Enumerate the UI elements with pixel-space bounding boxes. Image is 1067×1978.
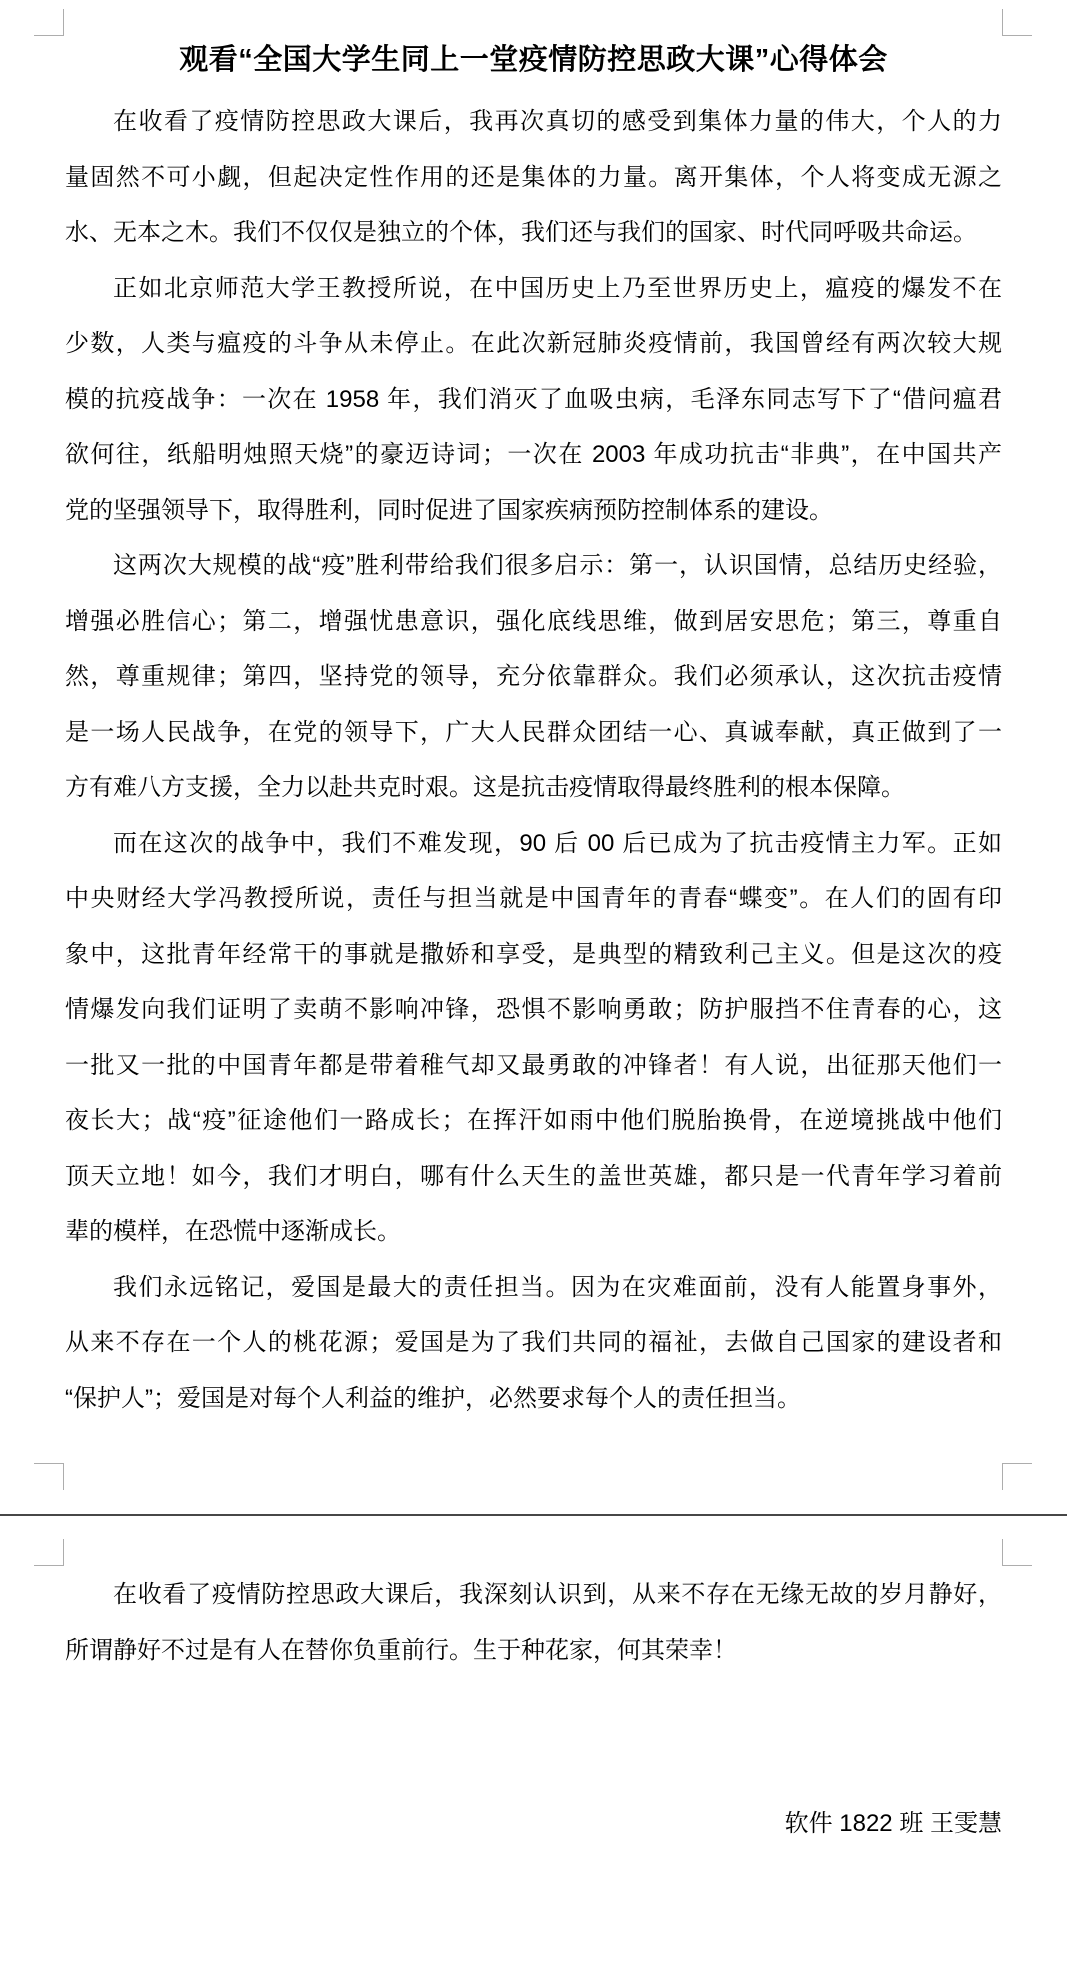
text-line: 增强必胜信心；第二，增强忧患意识，强化底线思维，做到居安思危；第三，尊重自 xyxy=(65,594,1002,650)
text-line: “保护人”；爱国是对每个人利益的维护，必然要求每个人的责任担当。 xyxy=(65,1371,1002,1427)
text-line: 量固然不可小觑，但起决定性作用的还是集体的力量。离开集体，个人将变成无源之 xyxy=(65,150,1002,206)
text-line: 所谓静好不过是有人在替你负重前行。生于种花家，何其荣幸！ xyxy=(65,1623,1002,1679)
text-line: 一批又一批的中国青年都是带着稚气却又最勇敢的冲锋者！有人说，出征那天他们一 xyxy=(65,1038,1002,1094)
text-line: 情爆发向我们证明了卖萌不影响冲锋，恐惧不影响勇敢；防护服挡不住青春的心，这 xyxy=(65,982,1002,1038)
text-line: 夜长大；战“疫”征途他们一路成长；在挥汗如雨中他们脱胎换骨，在逆境挑战中他们 xyxy=(65,1093,1002,1149)
page-break-line xyxy=(0,1514,1067,1516)
text-line: 是一场人民战争，在党的领导下，广大人民群众团结一心、真诚奉献，真正做到了一 xyxy=(65,705,1002,761)
text-line: 这两次大规模的战“疫”胜利带给我们很多启示：第一，认识国情，总结历史经验， xyxy=(65,538,1002,594)
text-line: 方有难八方支援，全力以赴共克时艰。这是抗击疫情取得最终胜利的根本保障。 xyxy=(65,760,1002,816)
text-line: 正如北京师范大学王教授所说，在中国历史上乃至世界历史上，瘟疫的爆发不在 xyxy=(65,261,1002,317)
document-page: 观看“全国大学生同上一堂疫情防控思政大课”心得体会 在收看了疫情防控思政大课后，… xyxy=(0,0,1067,1978)
text-line: 而在这次的战争中，我们不难发现，90 后 00 后已成为了抗击疫情主力军。正如 xyxy=(65,816,1002,872)
cropmark-page1-bottom-left-icon xyxy=(34,1463,64,1490)
text-line: 从来不存在一个人的桃花源；爱国是为了我们共同的福祉，去做自己国家的建设者和 xyxy=(65,1315,1002,1371)
cropmark-page2-top-left-icon xyxy=(34,1539,64,1566)
cropmark-page1-bottom-right-icon xyxy=(1002,1463,1032,1490)
text-line: 模的抗疫战争：一次在 1958 年，我们消灭了血吸虫病，毛泽东同志写下了“借问瘟… xyxy=(65,372,1002,428)
text-line: 然，尊重规律；第四，坚持党的领导，充分依靠群众。我们必须承认，这次抗击疫情 xyxy=(65,649,1002,705)
text-line: 少数，人类与瘟疫的斗争从未停止。在此次新冠肺炎疫情前，我国曾经有两次较大规 xyxy=(65,316,1002,372)
text-line: 欲何往，纸船明烛照天烧”的豪迈诗词；一次在 2003 年成功抗击“非典”，在中国… xyxy=(65,427,1002,483)
text-line: 党的坚强领导下，取得胜利，同时促进了国家疾病预防控制体系的建设。 xyxy=(65,483,1002,539)
document-title: 观看“全国大学生同上一堂疫情防控思政大课”心得体会 xyxy=(0,40,1067,80)
text-line: 我们永远铭记，爱国是最大的责任担当。因为在灾难面前，没有人能置身事外， xyxy=(65,1260,1002,1316)
text-line: 辈的模样，在恐慌中逐渐成长。 xyxy=(65,1204,1002,1260)
text-line: 顶天立地！如今，我们才明白，哪有什么天生的盖世英雄，都只是一代青年学习着前 xyxy=(65,1149,1002,1205)
text-line: 水、无本之木。我们不仅仅是独立的个体，我们还与我们的国家、时代同呼吸共命运。 xyxy=(65,205,1002,261)
page1-text-area: 在收看了疫情防控思政大课后，我再次真切的感受到集体力量的伟大，个人的力 量固然不… xyxy=(65,94,1002,1426)
text-line: 象中，这批青年经常干的事就是撒娇和享受，是典型的精致利己主义。但是这次的疫 xyxy=(65,927,1002,983)
page2-text-area: 在收看了疫情防控思政大课后，我深刻认识到，从来不存在无缘无故的岁月静好， 所谓静… xyxy=(65,1567,1002,1678)
text-line: 中央财经大学冯教授所说，责任与担当就是中国青年的青春“蝶变”。在人们的固有印 xyxy=(65,871,1002,927)
text-line: 在收看了疫情防控思政大课后，我再次真切的感受到集体力量的伟大，个人的力 xyxy=(65,94,1002,150)
signature: 软件 1822 班 王雯慧 xyxy=(65,1796,1002,1852)
cropmark-page1-top-right-icon xyxy=(1002,9,1032,36)
text-line: 在收看了疫情防控思政大课后，我深刻认识到，从来不存在无缘无故的岁月静好， xyxy=(65,1567,1002,1623)
cropmark-page1-top-left-icon xyxy=(34,9,64,36)
cropmark-page2-top-right-icon xyxy=(1002,1539,1032,1566)
